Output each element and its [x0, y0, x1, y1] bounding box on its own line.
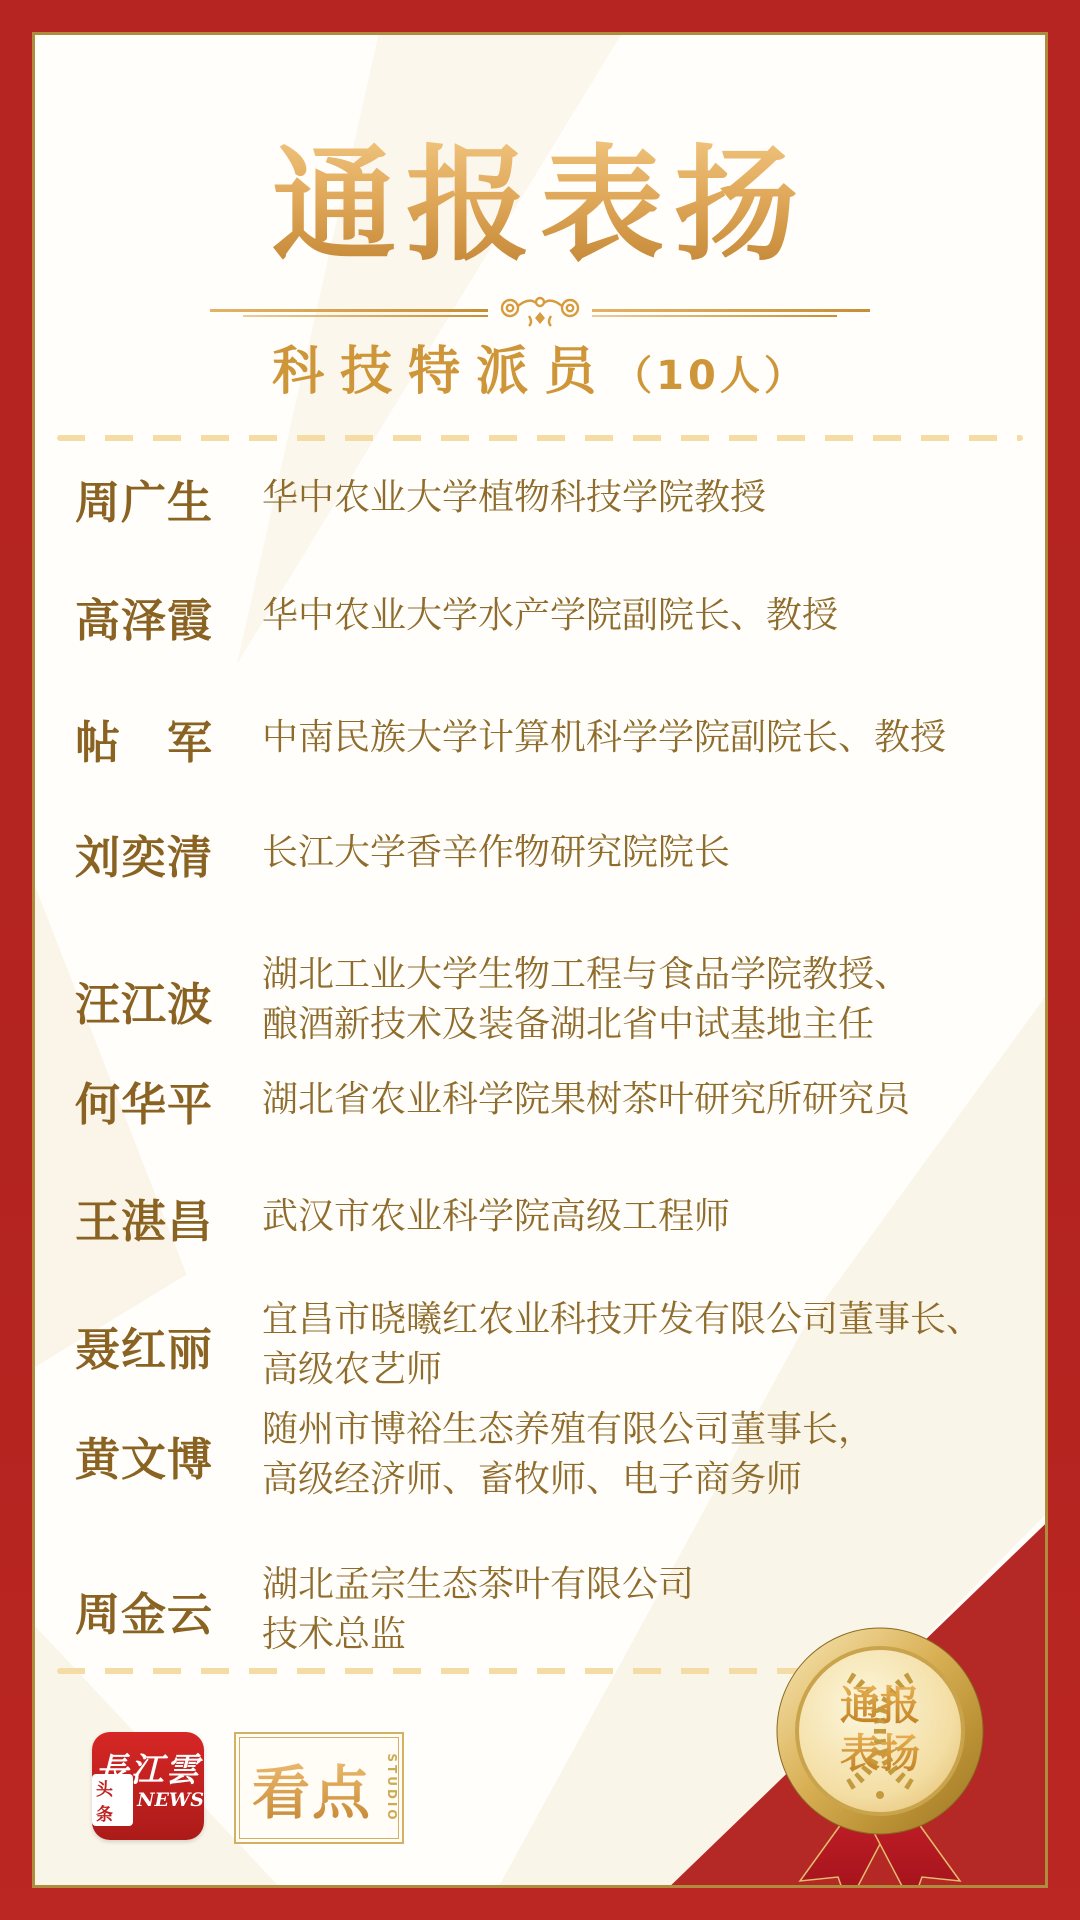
- flourish-ornament-icon: [492, 290, 588, 330]
- kandian-logo-text: 看点: [252, 1746, 386, 1830]
- kandian-studio-logo: 看点 STUDIO: [234, 1732, 404, 1844]
- person-title: 湖北工业大学生物工程与食品学院教授、 酿酒新技术及装备湖北省中试基地主任: [262, 950, 1025, 1050]
- changjiangyun-tagline: 头条 NEWS: [92, 1774, 204, 1826]
- footer-logos: 長江雲 头条 NEWS 看点 STUDIO: [92, 1732, 404, 1842]
- red-frame: 通报表扬 科技特派员（10人）: [0, 0, 1080, 1920]
- person-name: 帖 军: [75, 706, 262, 771]
- list-item: 王湛昌 武汉市农业科学院高级工程师: [75, 1192, 1025, 1242]
- list-item: 汪江波 湖北工业大学生物工程与食品学院教授、 酿酒新技术及装备湖北省中试基地主任: [75, 950, 1025, 1050]
- list-item: 刘奕清 长江大学香辛作物研究院院长: [75, 828, 1025, 878]
- list-item: 聂红丽 宜昌市晓曦红农业科技开发有限公司董事长、 高级农艺师: [75, 1295, 1025, 1395]
- page-title: 通报表扬: [35, 135, 1045, 278]
- divider-line-right: [592, 309, 870, 312]
- news-tag: NEWS: [137, 1789, 204, 1811]
- person-title: 华中农业大学水产学院副院长、教授: [262, 591, 1025, 641]
- title-divider: [210, 290, 870, 330]
- list-item: 帖 军 中南民族大学计算机科学学院副院长、教授: [75, 713, 1025, 763]
- person-title: 随州市博裕生态养殖有限公司董事长， 高级经济师、畜牧师、电子商务师: [262, 1405, 1025, 1505]
- list-item: 高泽霞 华中农业大学水产学院副院长、教授: [75, 591, 1025, 641]
- commendation-medal-badge: 通报 表扬: [750, 1615, 1010, 1888]
- changjiangyun-news-logo: 長江雲 头条 NEWS: [92, 1732, 204, 1840]
- person-title: 武汉市农业科学院高级工程师: [262, 1192, 1025, 1242]
- toutiao-tag: 头条: [92, 1774, 133, 1826]
- subtitle: 科技特派员（10人）: [35, 329, 1045, 404]
- person-name: 周广生: [75, 466, 262, 531]
- divider-line-left: [210, 309, 488, 312]
- list-item: 黄文博 随州市博裕生态养殖有限公司董事长， 高级经济师、畜牧师、电子商务师: [75, 1405, 1025, 1505]
- subtitle-count: （10人）: [612, 353, 808, 399]
- person-title: 中南民族大学计算机科学学院副院长、教授: [262, 713, 1025, 763]
- person-name: 刘奕清: [75, 821, 262, 886]
- studio-vertical-text: STUDIO: [385, 1753, 399, 1822]
- person-name: 汪江波: [75, 968, 262, 1033]
- subtitle-text: 科技特派员: [272, 342, 612, 402]
- notice-card: 通报表扬 科技特派员（10人）: [32, 32, 1048, 1888]
- person-title: 宜昌市晓曦红农业科技开发有限公司董事长、 高级农艺师: [262, 1295, 1025, 1395]
- person-title: 湖北省农业科学院果树茶叶研究所研究员: [262, 1075, 1025, 1125]
- person-name: 高泽霞: [75, 584, 262, 649]
- person-name: 聂红丽: [75, 1313, 262, 1378]
- medal-text-line1: 通报: [840, 1683, 920, 1729]
- list-item: 何华平 湖北省农业科学院果树茶叶研究所研究员: [75, 1075, 1025, 1125]
- dashed-divider-top: [57, 435, 1023, 441]
- medal-text-line2: 表扬: [840, 1731, 920, 1777]
- person-name: 何华平: [75, 1068, 262, 1133]
- person-name: 周金云: [75, 1578, 262, 1643]
- person-title: 长江大学香辛作物研究院院长: [262, 828, 1025, 878]
- person-name: 王湛昌: [75, 1185, 262, 1250]
- person-name: 黄文博: [75, 1423, 262, 1488]
- person-title: 华中农业大学植物科技学院教授: [262, 473, 1025, 523]
- list-item: 周广生 华中农业大学植物科技学院教授: [75, 473, 1025, 523]
- wreath-dot: [876, 1791, 884, 1799]
